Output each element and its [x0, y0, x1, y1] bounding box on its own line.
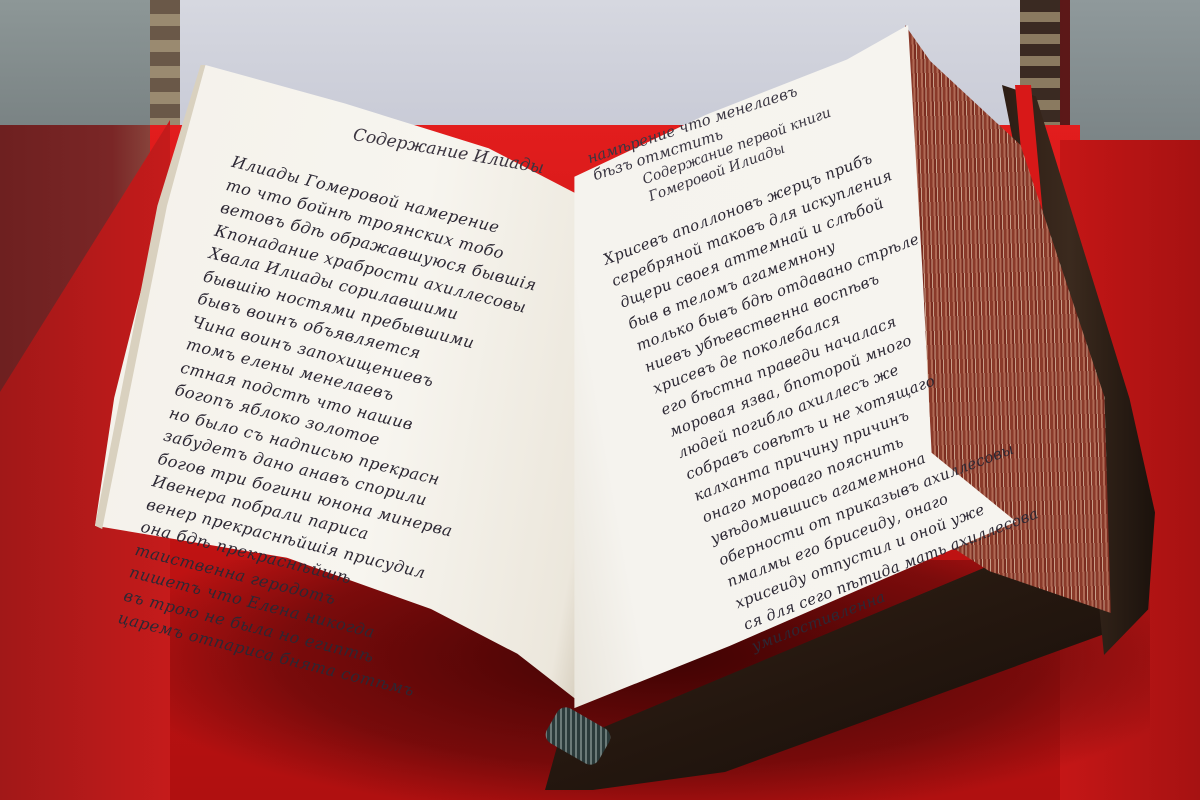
glass-case-right-reflection [1070, 0, 1200, 145]
photo-scene: Содержание Илиады Илиады Гомеровой намер… [0, 0, 1200, 800]
glass-case-left-reflection [0, 0, 160, 125]
